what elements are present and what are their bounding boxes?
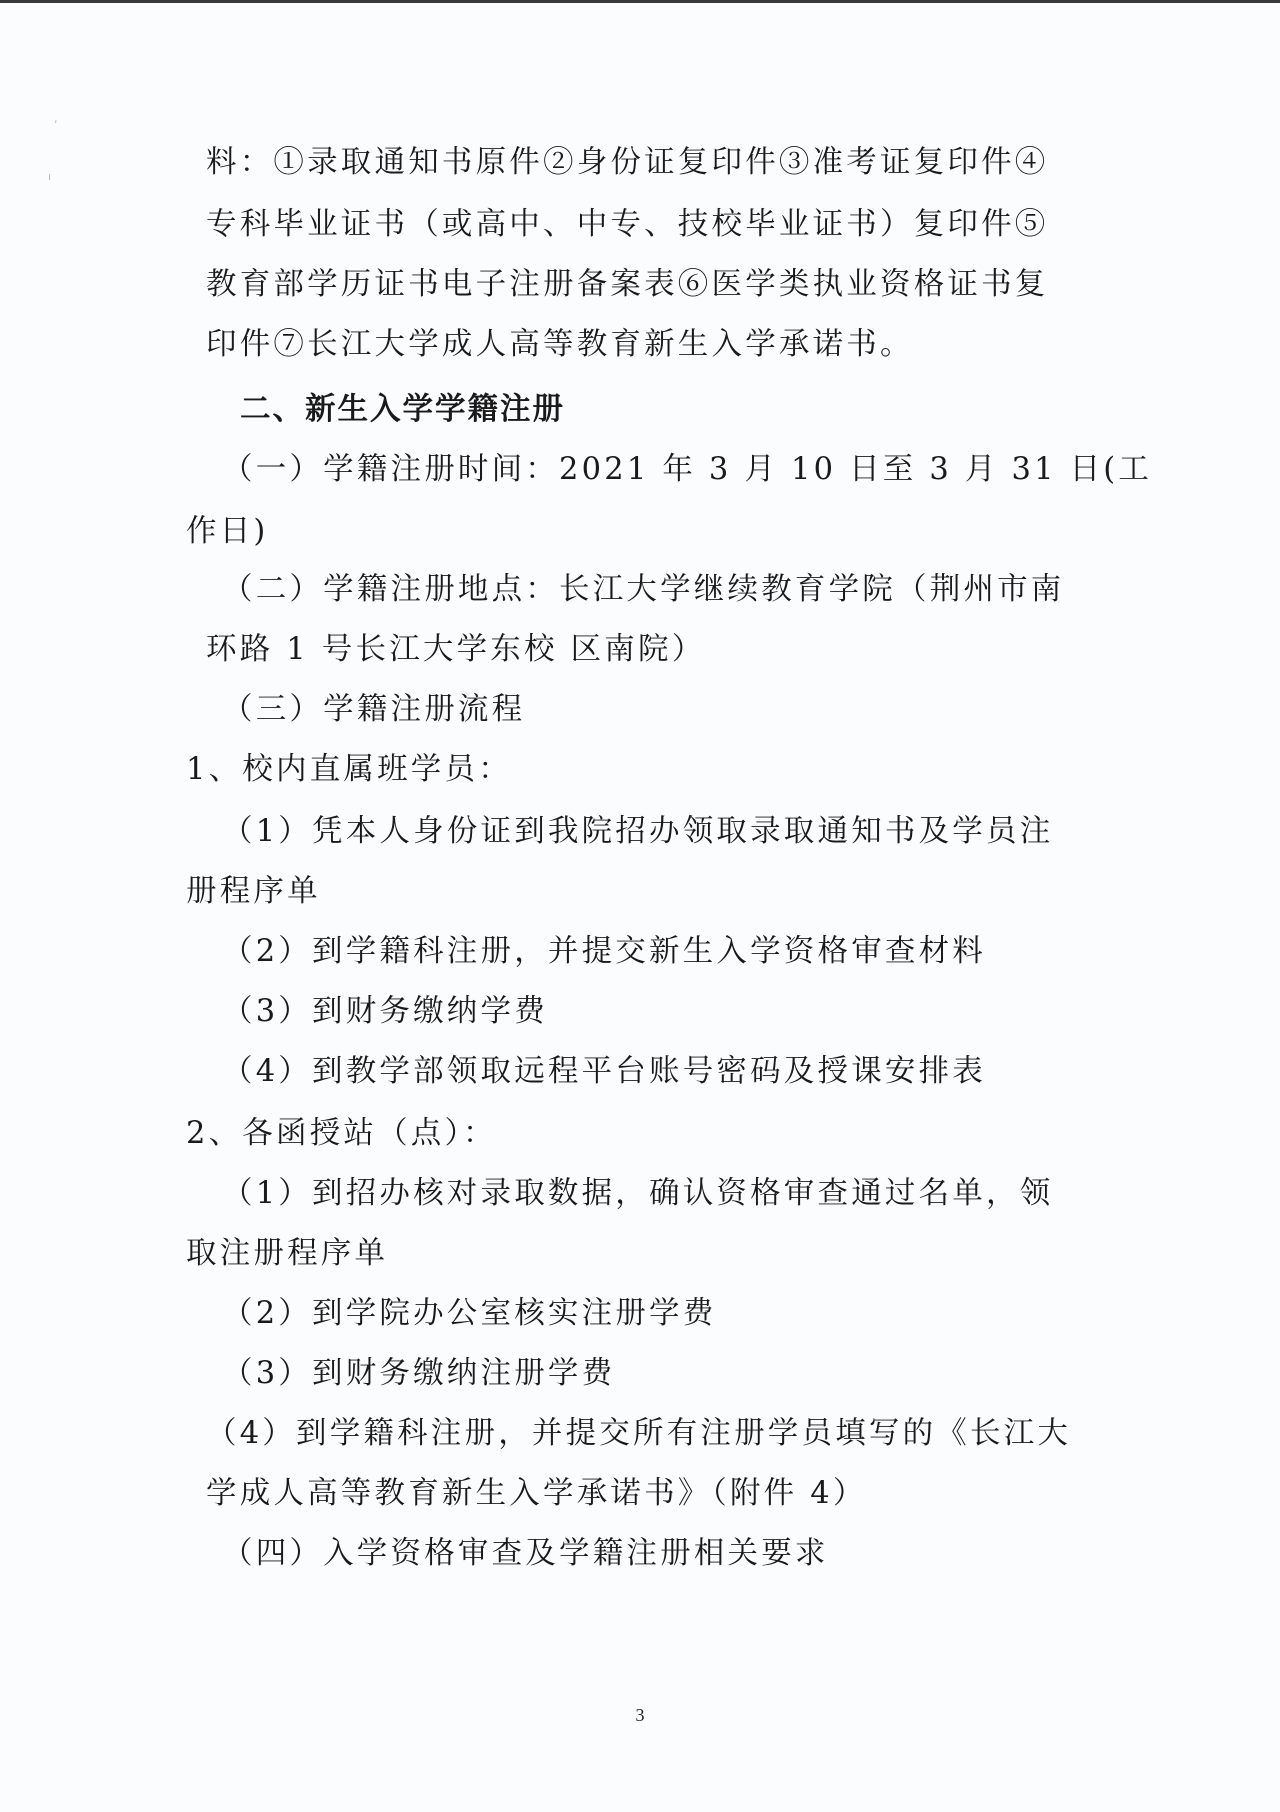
scan-artifact: ı <box>48 170 51 183</box>
step-line: （2）到学院办公室核实注册学费 <box>222 1294 716 1334</box>
document-page: , ı 料：①录取通知书原件②身份证复印件③准考证复印件④ 专科毕业证书（或高中… <box>0 0 1280 1812</box>
step-line: （3）到财务缴纳注册学费 <box>222 1354 615 1394</box>
registration-location-line: 环路 1 号长江大学东校 区南院） <box>206 630 705 670</box>
group-title: 2、各函授站（点）： <box>186 1114 497 1154</box>
paragraph-line: 专科毕业证书（或高中、中专、技校毕业证书）复印件⑤ <box>206 205 1049 245</box>
step-line: （3）到财务缴纳学费 <box>222 992 548 1032</box>
step-line: （4）到学籍科注册，并提交所有注册学员填写的《长江大 <box>206 1414 1071 1454</box>
step-line: （2）到学籍科注册，并提交新生入学资格审查材料 <box>222 932 986 972</box>
step-line: 册程序单 <box>186 872 321 912</box>
page-number: 3 <box>636 1705 645 1726</box>
subsection-heading: （三）学籍注册流程 <box>222 690 525 730</box>
group-title: 1、校内直属班学员： <box>186 750 512 790</box>
registration-time-line: （一）学籍注册时间：2021 年 3 月 10 日至 3 月 31 日(工 <box>222 450 1152 490</box>
step-line: （1）凭本人身份证到我院招办领取录取通知书及学员注 <box>222 812 1053 852</box>
paragraph-line: 印件⑦长江大学成人高等教育新生入学承诺书。 <box>206 325 914 365</box>
registration-time-line: 作日) <box>186 512 269 552</box>
registration-location-line: （二）学籍注册地点：长江大学继续教育学院（荆州市南 <box>222 570 1065 610</box>
step-line: （4）到教学部领取远程平台账号密码及授课安排表 <box>222 1052 986 1092</box>
step-line: （1）到招办核对录取数据，确认资格审查通过名单，领 <box>222 1174 1053 1214</box>
scan-top-edge <box>0 0 1280 3</box>
subsection-heading: （四）入学资格审查及学籍注册相关要求 <box>222 1534 829 1574</box>
paragraph-line: 教育部学历证书电子注册备案表⑥医学类执业资格证书复 <box>206 265 1049 305</box>
section-heading: 二、新生入学学籍注册 <box>240 390 565 430</box>
step-line: 取注册程序单 <box>186 1234 388 1274</box>
scan-artifact: , <box>54 112 58 125</box>
step-line: 学成人高等教育新生入学承诺书》（附件 4） <box>206 1474 867 1514</box>
paragraph-line: 料：①录取通知书原件②身份证复印件③准考证复印件④ <box>206 143 1049 183</box>
